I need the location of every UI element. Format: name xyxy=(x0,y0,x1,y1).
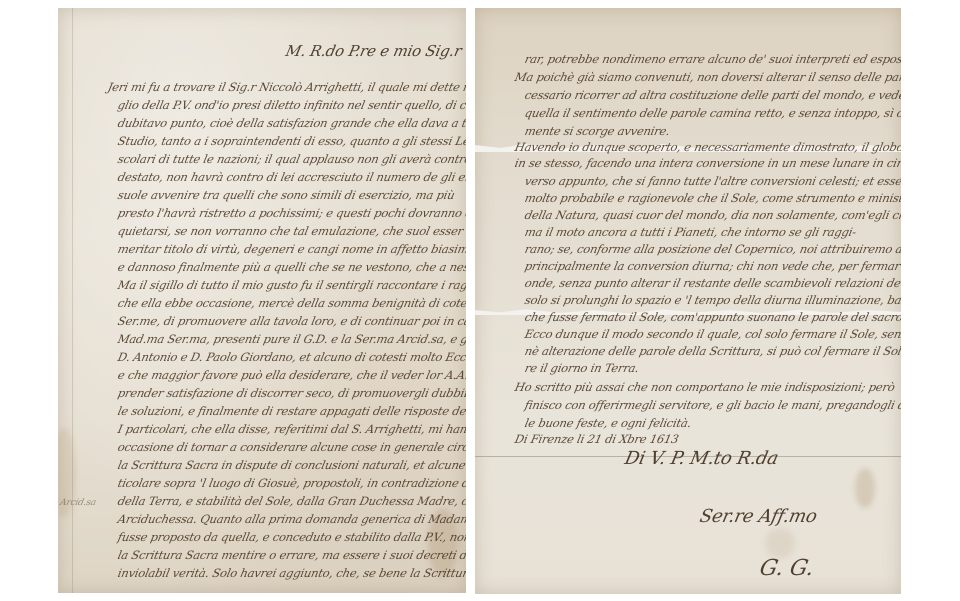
text-line: solo si prolunghi lo spazio e 'l tempo d… xyxy=(524,293,901,307)
text-line: Havendo io dunque scoperto, e necessaria… xyxy=(514,140,901,154)
text-line: della Terra, e stabilità del Sole, dalla… xyxy=(117,494,466,508)
text-line: mente si scorge avvenire. xyxy=(524,124,672,138)
text-line: dubitavo punto, cioè della satisfazion g… xyxy=(117,116,466,130)
text-line: suole avvenire tra quelli che sono simil… xyxy=(117,188,456,202)
text-line: la Scrittura Sacra in dispute di conclus… xyxy=(117,458,466,472)
text-line: Ho scritto più assai che non comportano … xyxy=(514,380,897,394)
stain xyxy=(765,528,795,558)
text-line: rano; se, conforme alla posizione del Co… xyxy=(524,242,901,256)
text-line: finisco con offerirmegli servitore, e gl… xyxy=(524,398,901,412)
text-line: glio della P.V. ond'io presi diletto inf… xyxy=(117,98,466,112)
text-line: I particolari, che ella disse, referitim… xyxy=(117,422,466,436)
text-line: onde, senza punto alterar il restante de… xyxy=(524,276,901,290)
right-manuscript-page: rar, potrebbe nondimeno errare alcuno de… xyxy=(475,8,901,594)
date-line: Di Firenze li 21 di Xbre 1613 xyxy=(514,432,680,446)
salutation: M. R.do P.re e mio Sig.r Oss.mo xyxy=(284,42,466,60)
text-line: quella il sentimento delle parole camina… xyxy=(524,106,901,120)
text-line: ticolare sopra 'l luogo di Giosuè, propo… xyxy=(117,476,466,490)
text-line: presto l'havrà ristretto a pochissimi; e… xyxy=(117,206,466,220)
text-line: scolari di tutte le nazioni; il qual app… xyxy=(117,152,466,166)
text-line: le buone feste, e ogni felicità. xyxy=(524,416,693,430)
margin-note: Arcid.sa xyxy=(59,498,97,508)
closing: Di V. P. M.to R.da xyxy=(623,448,780,469)
text-line: molto probabile e ragionevole che il Sol… xyxy=(524,191,901,205)
text-line: della Natura, quasi cuor del mondo, dia … xyxy=(524,208,901,222)
text-line: fusse proposto da quella, e conceduto e … xyxy=(117,530,466,544)
text-line: quietarsi, se non vorranno che tal emula… xyxy=(117,224,466,238)
text-line: le soluzioni, e finalmente di restare ap… xyxy=(117,404,466,418)
stain xyxy=(855,468,875,508)
text-line: Ecco dunque il modo secondo il quale, co… xyxy=(524,327,901,341)
text-line: principalmente la conversion diurna; chi… xyxy=(524,259,901,273)
text-line: e dannoso finalmente più a quelli che se… xyxy=(117,260,466,274)
text-line: Studio, tanto a i sopraintendenti di ess… xyxy=(117,134,466,148)
text-line: re il giorno in Terra. xyxy=(524,361,641,375)
left-manuscript-page: M. R.do P.re e mio Sig.r Oss.mo Jeri mi … xyxy=(58,8,466,593)
text-line: Ma poichè già siamo convenuti, non dover… xyxy=(514,70,901,84)
signature-line: Ser.re Aff.mo xyxy=(698,506,819,527)
text-line: D. Antonio e D. Paolo Giordano, et alcun… xyxy=(117,350,466,364)
text-line: in se stesso, facendo una intera convers… xyxy=(514,156,901,170)
text-line: meritar titolo di virtù, degeneri e cang… xyxy=(117,242,466,256)
text-line: Jeri mi fu a trovare il Sig.r Niccolò Ar… xyxy=(107,80,466,94)
text-line: verso appunto, che si fanno tutte l'altr… xyxy=(524,174,901,188)
text-line: Ma il sigillo di tutto il mio gusto fu i… xyxy=(117,278,466,292)
text-line: ma il moto ancora a tutti i Pianeti, che… xyxy=(524,225,858,239)
text-line: Mad.ma Ser.ma, presenti pure il G.D. e l… xyxy=(117,332,466,346)
text-line: Arciduchessa. Quanto alla prima domanda … xyxy=(117,512,466,526)
text-line: la Scrittura Sacra mentire o errare, ma … xyxy=(117,548,466,562)
text-line: e che maggior favore può ella desiderare… xyxy=(117,368,466,382)
text-line: rar, potrebbe nondimeno errare alcuno de… xyxy=(524,52,901,66)
text-line: destato, non havrà contro di lei accresc… xyxy=(117,170,466,184)
text-line: prender satisfazione di discorrer seco, … xyxy=(117,386,466,400)
text-line: Ser.me, di promuovere alla tavola loro, … xyxy=(117,314,466,328)
text-line: cessario ricorrer ad altra costituzione … xyxy=(524,88,901,102)
signature-initials: G. G. xyxy=(757,556,816,581)
text-line: che fusse fermato il Sole, com'appunto s… xyxy=(524,310,901,324)
text-line: inviolabil verità. Solo havrei aggiunto,… xyxy=(117,566,466,580)
text-line: che ella ebbe occasione, mercè della som… xyxy=(117,296,466,310)
text-line: nè alterazione delle parole della Scritt… xyxy=(524,344,901,358)
text-line: occasione di tornar a considerare alcune… xyxy=(117,440,466,454)
